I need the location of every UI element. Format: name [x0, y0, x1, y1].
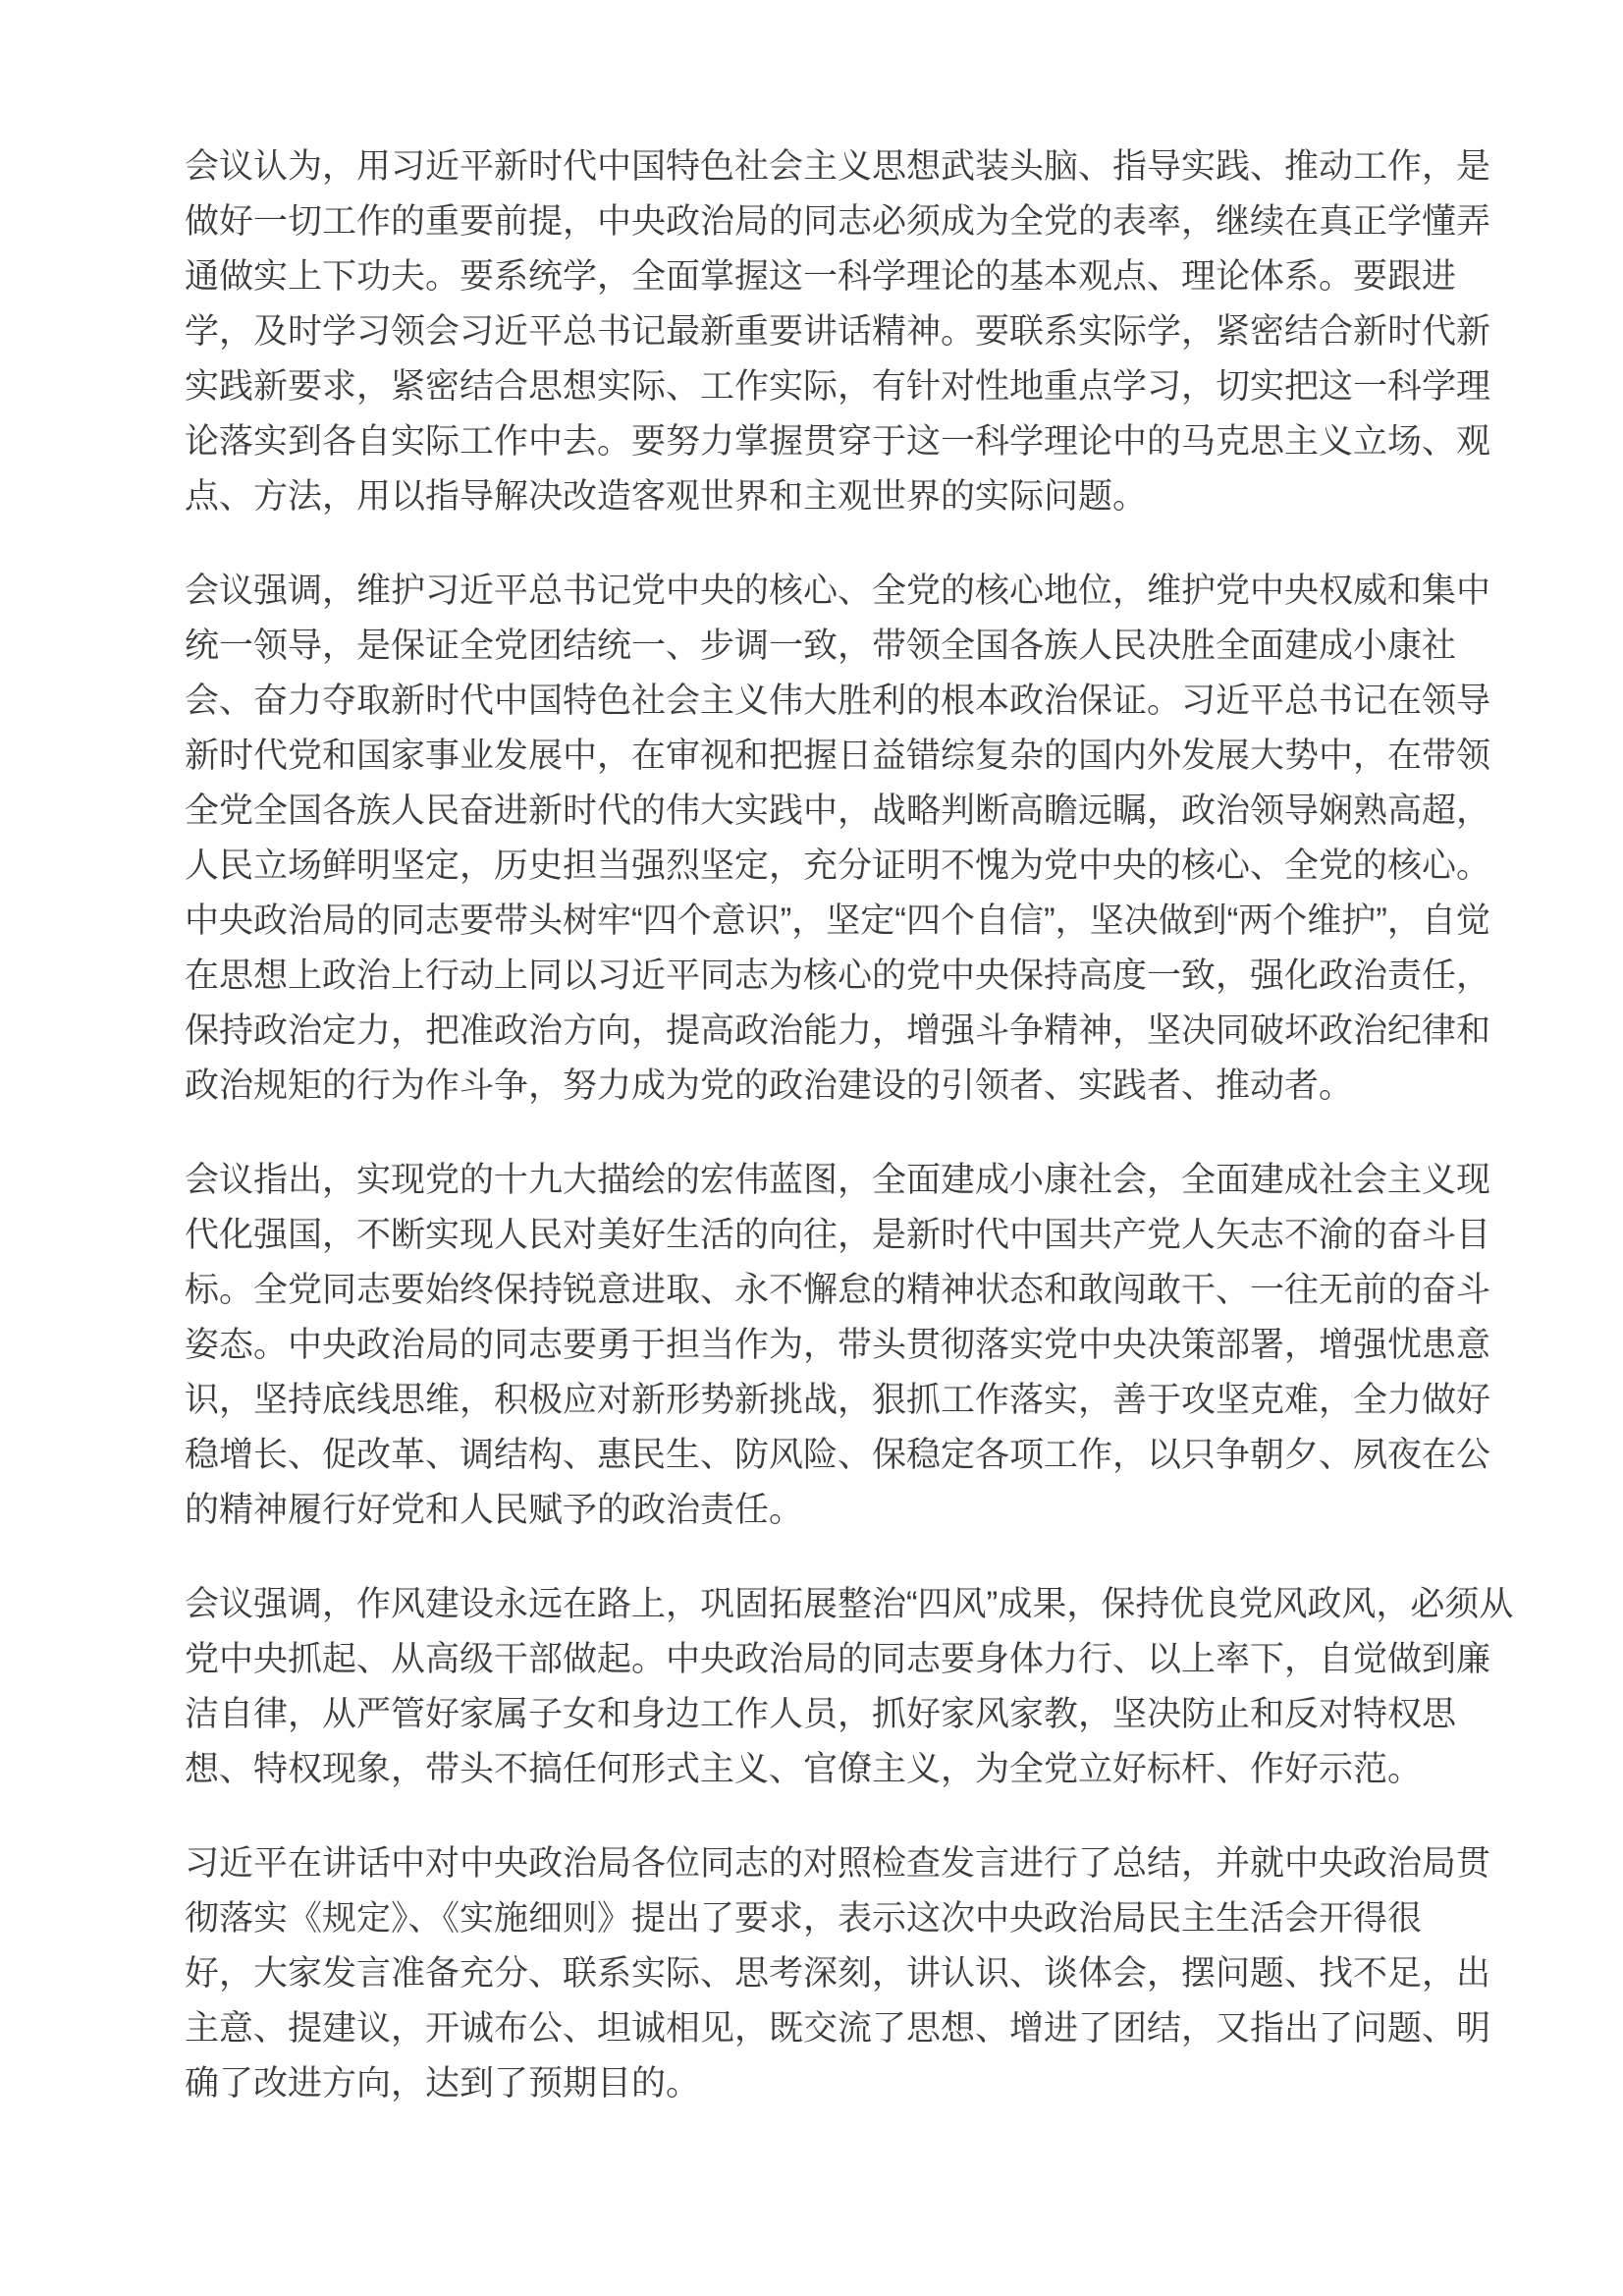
text-line: 党中央抓起、从高级干部做起。中央政治局的同志要身体力行、以上率下，自觉做到廉 [185, 1632, 1500, 1687]
text-line: 习近平在讲话中对中央政治局各位同志的对照检查发言进行了总结，并就中央政治局贯 [185, 1836, 1500, 1891]
text-line: 彻落实《规定》、《实施细则》提出了要求，表示这次中央政治局民主生活会开得很 [185, 1891, 1500, 1946]
text-line: 保持政治定力，把准政治方向，提高政治能力，增强斗争精神，坚决同破坏政治纪律和 [185, 1004, 1500, 1059]
paragraph-4: 会议强调，作风建设永远在路上，巩固拓展整治“四风”成果，保持优良党风政风，必须从… [185, 1577, 1500, 1797]
text-line: 全党全国各族人民奋进新时代的伟大实践中，战略判断高瞻远瞩，政治领导娴熟高超， [185, 784, 1500, 839]
text-line: 中央政治局的同志要带头树牢“四个意识”，坚定“四个自信”，坚决做到“两个维护”，… [185, 894, 1500, 949]
paragraph-2: 会议强调，维护习近平总书记党中央的核心、全党的核心地位，维护党中央权威和集中统一… [185, 564, 1500, 1114]
document-page: 会议认为，用习近平新时代中国特色社会主义思想武装头脑、指导实践、推动工作，是做好… [0, 0, 1623, 2296]
text-line: 代化强国，不断实现人民对美好生活的向往，是新时代中国共产党人矢志不渝的奋斗目 [185, 1208, 1500, 1263]
text-line: 想、特权现象，带头不搞任何形式主义、官僚主义，为全党立好标杆、作好示范。 [185, 1742, 1500, 1797]
text-line: 实践新要求，紧密结合思想实际、工作实际，有针对性地重点学习，切实把这一科学理 [185, 359, 1500, 414]
text-line: 政治规矩的行为作斗争，努力成为党的政治建设的引领者、实践者、推动者。 [185, 1059, 1500, 1114]
text-line: 会议强调，作风建设永远在路上，巩固拓展整治“四风”成果，保持优良党风政风，必须从 [185, 1577, 1500, 1632]
text-line: 学，及时学习领会习近平总书记最新重要讲话精神。要联系实际学，紧密结合新时代新 [185, 304, 1500, 359]
text-line: 标。全党同志要始终保持锐意进取、永不懈怠的精神状态和敢闯敢干、一往无前的奋斗 [185, 1263, 1500, 1318]
text-line: 新时代党和国家事业发展中，在审视和把握日益错综复杂的国内外发展大势中，在带领 [185, 729, 1500, 784]
text-line: 识，坚持底线思维，积极应对新形势新挑战，狠抓工作落实，善于攻坚克难，全力做好 [185, 1373, 1500, 1428]
text-line: 好，大家发言准备充分、联系实际、思考深刻，讲认识、谈体会，摆问题、找不足，出 [185, 1946, 1500, 2001]
text-line: 会议指出，实现党的十九大描绘的宏伟蓝图，全面建成小康社会，全面建成社会主义现 [185, 1153, 1500, 1208]
text-line: 会议认为，用习近平新时代中国特色社会主义思想武装头脑、指导实践、推动工作，是 [185, 139, 1500, 194]
text-line: 做好一切工作的重要前提，中央政治局的同志必须成为全党的表率，继续在真正学懂弄 [185, 194, 1500, 249]
text-line: 稳增长、促改革、调结构、惠民生、防风险、保稳定各项工作，以只争朝夕、夙夜在公 [185, 1428, 1500, 1483]
paragraph-5: 习近平在讲话中对中央政治局各位同志的对照检查发言进行了总结，并就中央政治局贯彻落… [185, 1836, 1500, 2111]
paragraph-1: 会议认为，用习近平新时代中国特色社会主义思想武装头脑、指导实践、推动工作，是做好… [185, 139, 1500, 524]
text-line: 人民立场鲜明坚定，历史担当强烈坚定，充分证明不愧为党中央的核心、全党的核心。 [185, 839, 1500, 894]
text-line: 主意、提建议，开诚布公、坦诚相见，既交流了思想、增进了团结，又指出了问题、明 [185, 2001, 1500, 2056]
text-line: 会、奋力夺取新时代中国特色社会主义伟大胜利的根本政治保证。习近平总书记在领导 [185, 674, 1500, 729]
text-line: 通做实上下功夫。要系统学，全面掌握这一科学理论的基本观点、理论体系。要跟进 [185, 249, 1500, 304]
paragraph-3: 会议指出，实现党的十九大描绘的宏伟蓝图，全面建成小康社会，全面建成社会主义现代化… [185, 1153, 1500, 1538]
text-line: 洁自律，从严管好家属子女和身边工作人员，抓好家风家教，坚决防止和反对特权思 [185, 1687, 1500, 1742]
text-line: 统一领导，是保证全党团结统一、步调一致，带领全国各族人民决胜全面建成小康社 [185, 619, 1500, 674]
text-line: 会议强调，维护习近平总书记党中央的核心、全党的核心地位，维护党中央权威和集中 [185, 564, 1500, 619]
document-body: 会议认为，用习近平新时代中国特色社会主义思想武装头脑、指导实践、推动工作，是做好… [185, 139, 1500, 2111]
text-line: 的精神履行好党和人民赋予的政治责任。 [185, 1483, 1500, 1538]
text-line: 在思想上政治上行动上同以习近平同志为核心的党中央保持高度一致，强化政治责任， [185, 949, 1500, 1004]
text-line: 点、方法，用以指导解决改造客观世界和主观世界的实际问题。 [185, 469, 1500, 524]
text-line: 论落实到各自实际工作中去。要努力掌握贯穿于这一科学理论中的马克思主义立场、观 [185, 414, 1500, 469]
text-line: 确了改进方向，达到了预期目的。 [185, 2056, 1500, 2111]
text-line: 姿态。中央政治局的同志要勇于担当作为，带头贯彻落实党中央决策部署，增强忧患意 [185, 1318, 1500, 1373]
